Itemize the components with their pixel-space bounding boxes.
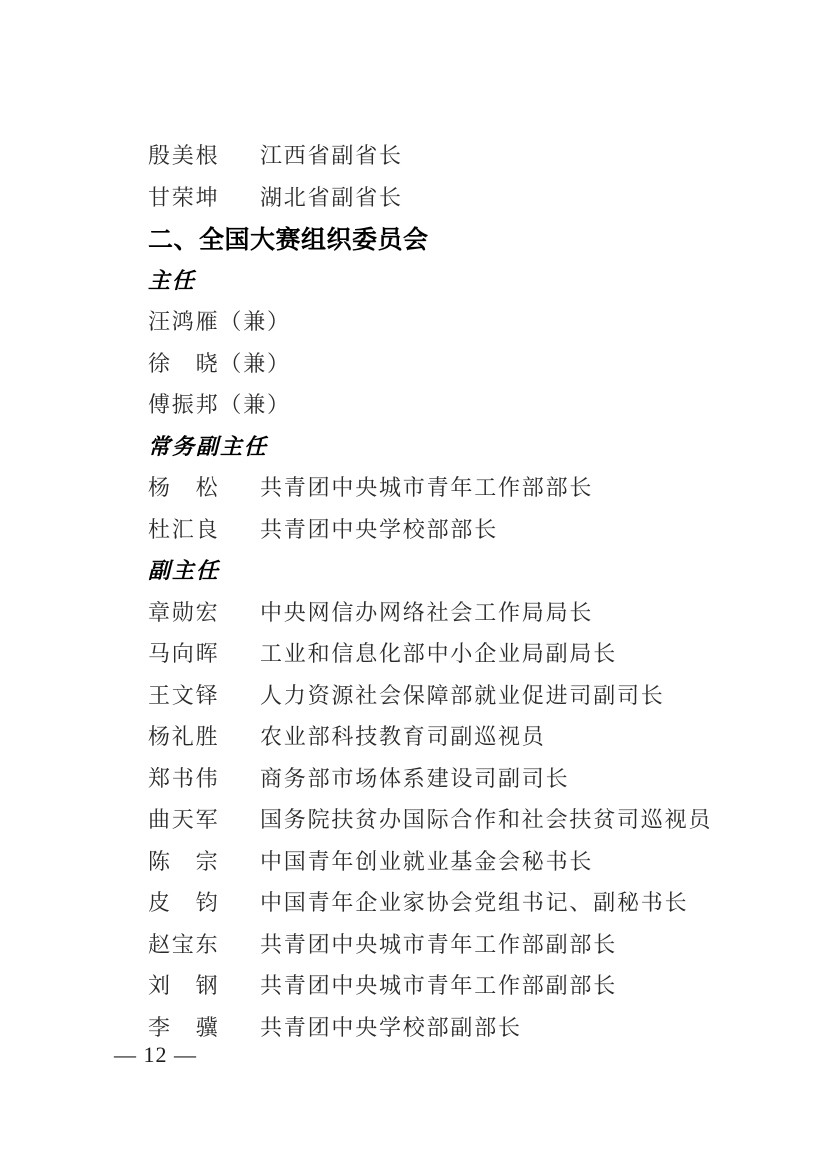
person-title: 农业部科技教育司副巡视员 [260,720,546,751]
person-name: 殷美根 [148,139,260,170]
person-name: 杜汇良 [148,513,260,544]
person-title: 工业和信息化部中小企业局副局长 [260,637,617,668]
subsection-heading: 常务副主任 [148,425,786,467]
person-title: 中央网信办网络社会工作局局长 [260,596,593,627]
concurrent-note: （兼） [219,388,290,419]
document-page: 殷美根 江西省副省长 甘荣坤 湖北省副省长 二、全国大赛组织委员会 主任 汪鸿雁… [0,0,826,1169]
concurrent-note: （兼） [219,305,290,336]
section-heading: 二、全国大赛组织委员会 [148,217,786,259]
person-title: 共青团中央学校部部长 [260,513,498,544]
person-name: 杨礼胜 [148,720,260,751]
entry-row: 马向晖 工业和信息化部中小企业局副局长 [148,632,786,674]
person-name: 皮 钧 [148,886,260,917]
entry-row: 赵宝东 共青团中央城市青年工作部副部长 [148,923,786,965]
entry-row: 郑书伟 商务部市场体系建设司副司长 [148,757,786,799]
person-name: 徐 晓 [148,347,219,378]
person-title: 共青团中央城市青年工作部部长 [260,471,593,502]
subsection-heading: 副主任 [148,549,786,591]
person-name: 陈 宗 [148,845,260,876]
person-name: 刘 钢 [148,969,260,1000]
person-name: 章勋宏 [148,596,260,627]
person-name: 曲天军 [148,803,260,834]
subsection-heading: 主任 [148,259,786,301]
person-title: 共青团中央学校部副部长 [260,1011,522,1042]
person-title: 中国青年创业就业基金会秘书长 [260,845,593,876]
person-name: 李 骥 [148,1011,260,1042]
person-name: 傅振邦 [148,388,219,419]
person-name: 汪鸿雁 [148,305,219,336]
entry-row: 杨 松 共青团中央城市青年工作部部长 [148,466,786,508]
person-title: 湖北省副省长 [260,181,403,212]
person-title: 商务部市场体系建设司副司长 [260,762,569,793]
concurrent-note: （兼） [219,347,290,378]
entry-row: 皮 钧 中国青年企业家协会党组书记、副秘书长 [148,881,786,923]
person-title: 人力资源社会保障部就业促进司副司长 [260,679,665,710]
roster-list: 殷美根 江西省副省长 甘荣坤 湖北省副省长 二、全国大赛组织委员会 主任 汪鸿雁… [148,134,786,1047]
entry-row: 章勋宏 中央网信办网络社会工作局局长 [148,591,786,633]
person-name: 王文铎 [148,679,260,710]
person-name: 马向晖 [148,637,260,668]
person-title: 江西省副省长 [260,139,403,170]
person-title: 国务院扶贫办国际合作和社会扶贫司巡视员 [260,803,712,834]
entry-row: 杨礼胜 农业部科技教育司副巡视员 [148,715,786,757]
person-name: 郑书伟 [148,762,260,793]
entry-row: 李 骥 共青团中央学校部副部长 [148,1006,786,1048]
entry-row: 傅振邦 （兼） [148,383,786,425]
entry-row: 殷美根 江西省副省长 [148,134,786,176]
entry-row: 曲天军 国务院扶贫办国际合作和社会扶贫司巡视员 [148,798,786,840]
entry-row: 汪鸿雁 （兼） [148,300,786,342]
entry-row: 王文铎 人力资源社会保障部就业促进司副司长 [148,674,786,716]
person-title: 共青团中央城市青年工作部副部长 [260,969,617,1000]
entry-row: 徐 晓 （兼） [148,342,786,384]
person-title: 共青团中央城市青年工作部副部长 [260,928,617,959]
entry-row: 甘荣坤 湖北省副省长 [148,176,786,218]
person-title: 中国青年企业家协会党组书记、副秘书长 [260,886,688,917]
person-name: 赵宝东 [148,928,260,959]
entry-row: 杜汇良 共青团中央学校部部长 [148,508,786,550]
page-number: — 12 — [114,1042,197,1068]
entry-row: 刘 钢 共青团中央城市青年工作部副部长 [148,964,786,1006]
entry-row: 陈 宗 中国青年创业就业基金会秘书长 [148,840,786,882]
person-name: 甘荣坤 [148,181,260,212]
person-name: 杨 松 [148,471,260,502]
